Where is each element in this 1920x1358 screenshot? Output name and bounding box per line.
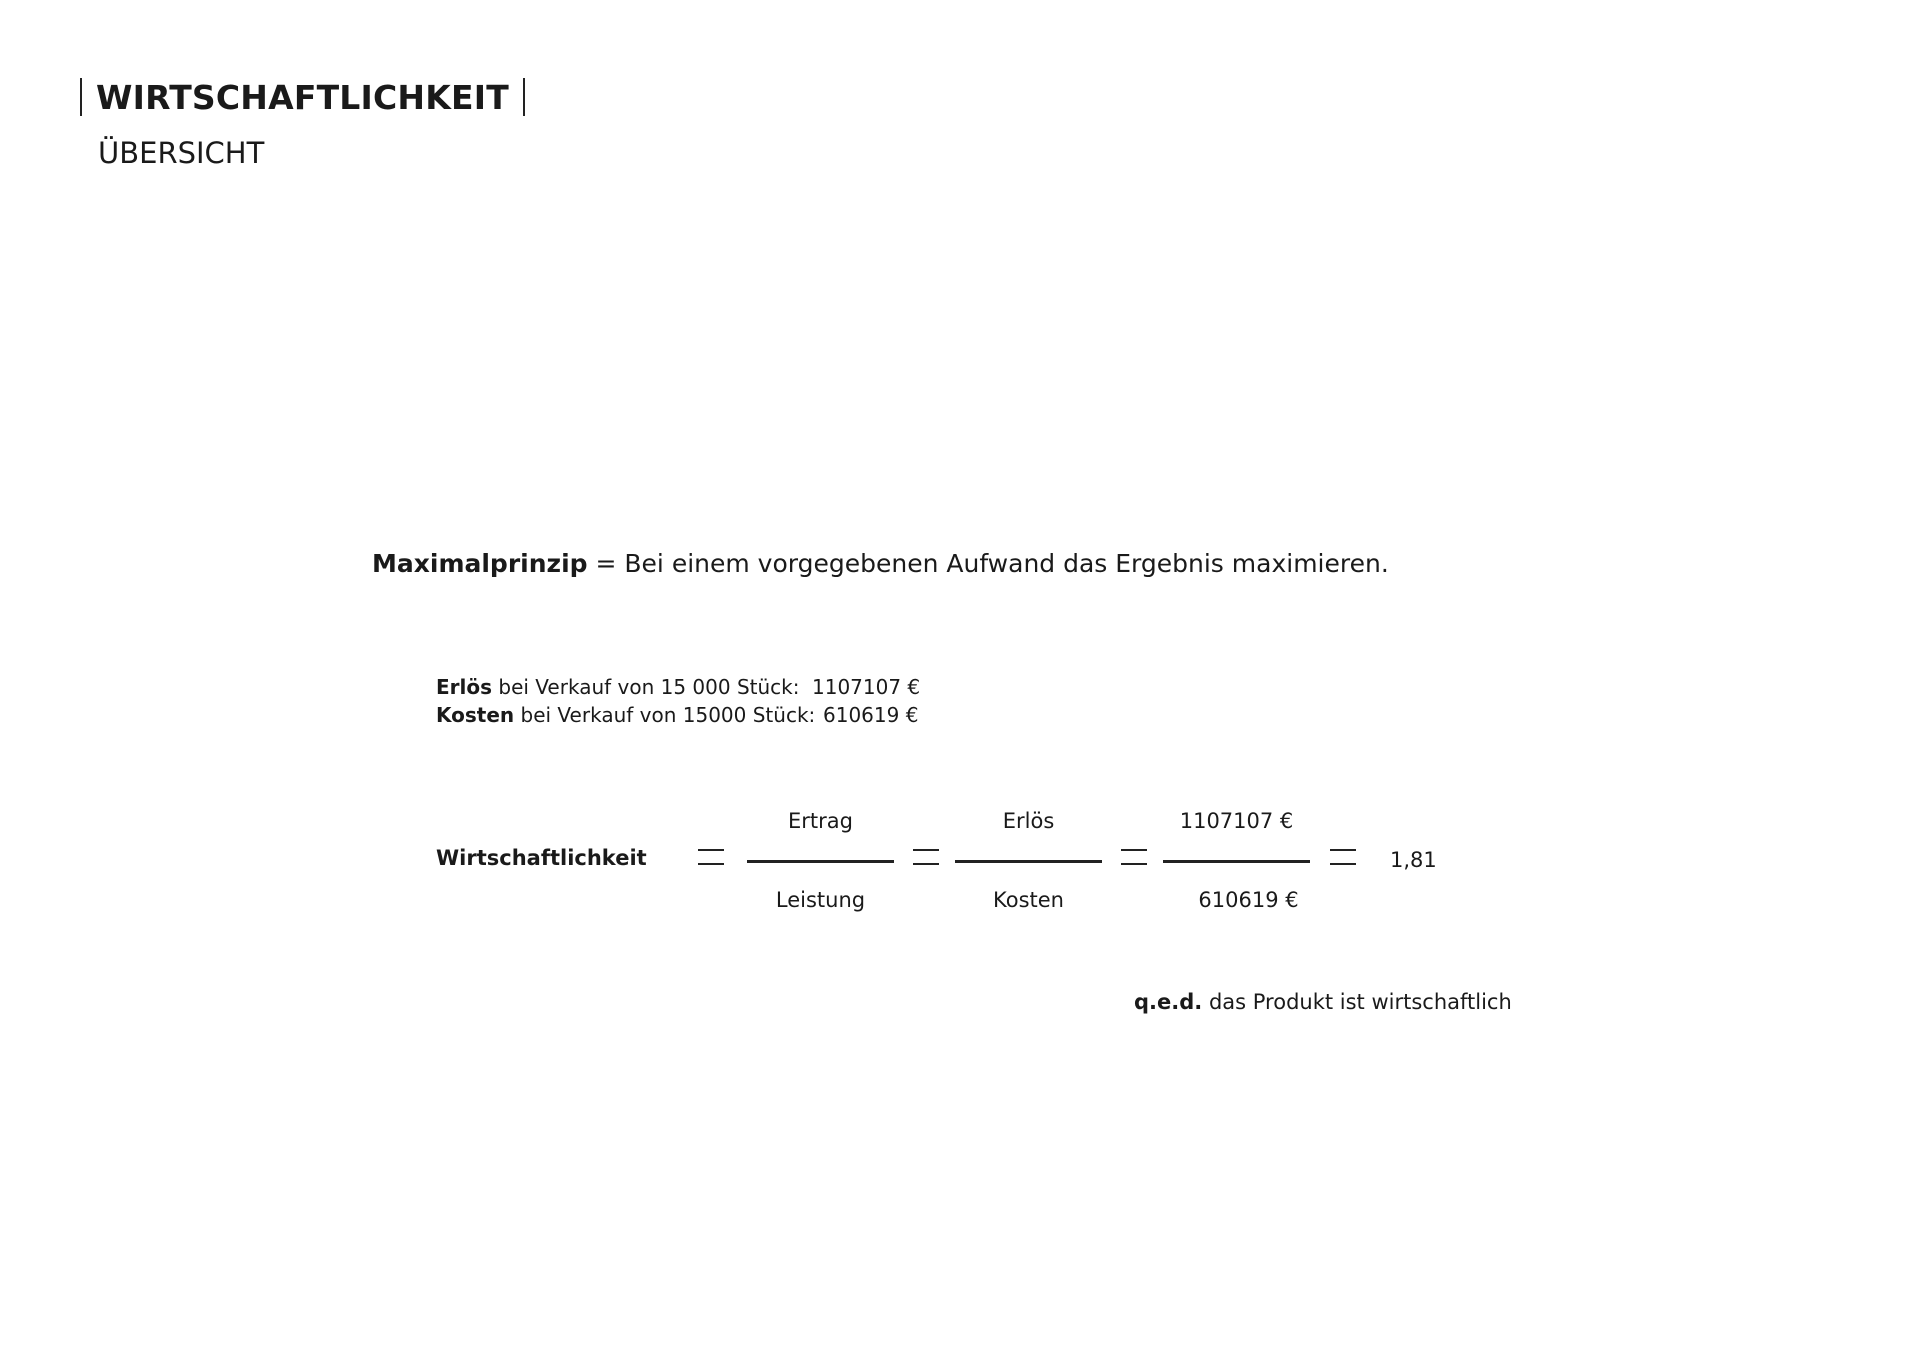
fact-costs: Kosten bei Verkauf von 15000 Stück:	[436, 703, 815, 727]
fraction-bar	[747, 860, 894, 863]
fact-revenue-value: 1107107 €	[812, 675, 920, 699]
fraction-denominator: 610619 €	[1175, 888, 1322, 912]
fact-revenue: Erlös bei Verkauf von 15 000 Stück:	[436, 675, 800, 699]
principle-term: Maximalprinzip	[372, 549, 588, 578]
fact-text: bei Verkauf von 15000 Stück:	[521, 703, 816, 727]
fraction-numerator: 1107107 €	[1163, 809, 1310, 833]
title-bar-left	[80, 78, 82, 116]
fact-term: Kosten	[436, 703, 514, 727]
equals-sign	[1330, 849, 1356, 865]
fraction-bar	[1163, 860, 1310, 863]
fraction-numerator: Erlös	[955, 809, 1102, 833]
equals-sign	[1121, 849, 1147, 865]
fact-term: Erlös	[436, 675, 492, 699]
conclusion-term: q.e.d.	[1134, 990, 1202, 1014]
fraction-denominator: Leistung	[747, 888, 894, 912]
principle-text: = Bei einem vorgegebenen Aufwand das Erg…	[596, 549, 1389, 578]
page-header: WIRTSCHAFTLICHKEIT	[80, 74, 525, 120]
equals-sign	[698, 849, 724, 865]
equals-sign	[913, 849, 939, 865]
fact-text: bei Verkauf von 15 000 Stück:	[498, 675, 799, 699]
equation-result: 1,81	[1390, 848, 1437, 872]
conclusion-text: das Produkt ist wirtschaftlich	[1209, 990, 1512, 1014]
fraction-denominator: Kosten	[955, 888, 1102, 912]
page-subtitle: ÜBERSICHT	[98, 136, 264, 170]
title-bar-right	[523, 78, 525, 116]
principle-definition: Maximalprinzip = Bei einem vorgegebenen …	[372, 549, 1389, 578]
conclusion: q.e.d. das Produkt ist wirtschaftlich	[1134, 990, 1512, 1014]
fraction-numerator: Ertrag	[747, 809, 894, 833]
equation-label: Wirtschaftlichkeit	[436, 846, 647, 870]
page-title: WIRTSCHAFTLICHKEIT	[96, 78, 509, 117]
fact-costs-value: 610619 €	[823, 703, 918, 727]
fraction-bar	[955, 860, 1102, 863]
